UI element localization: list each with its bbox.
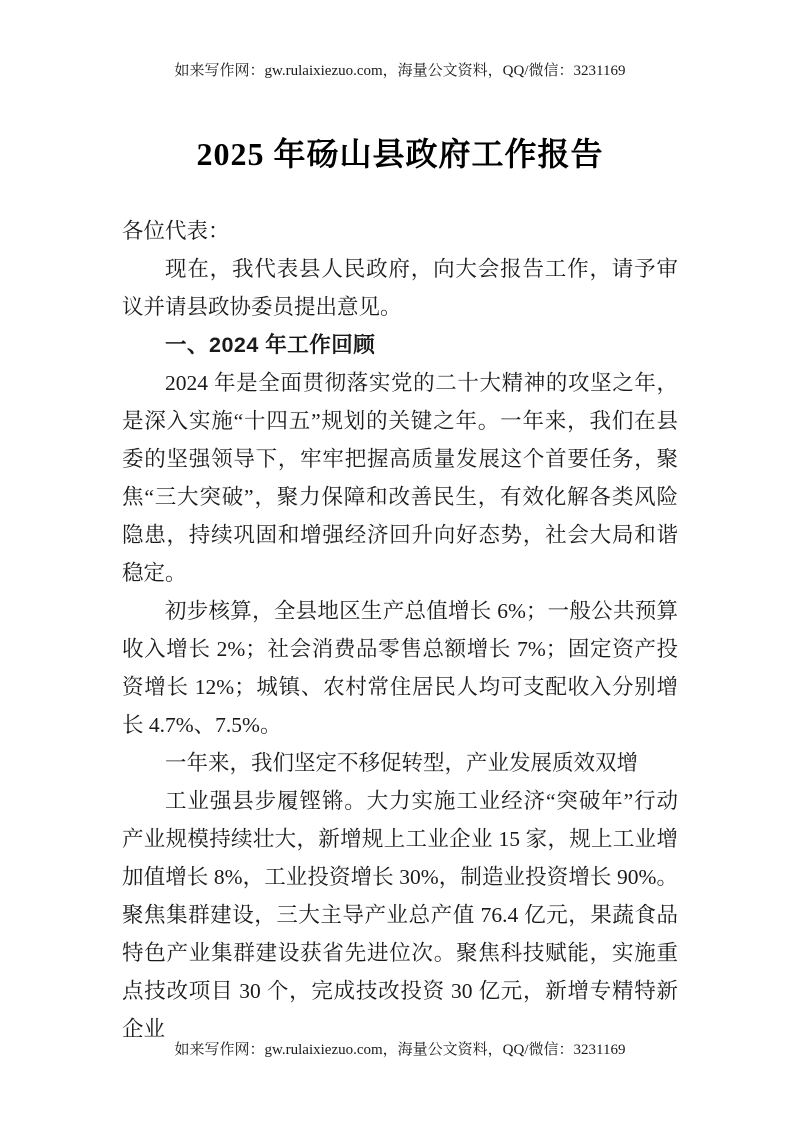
document-body: 各位代表： 现在，我代表县人民政府，向大会报告工作，请予审议并请县政协委员提出意… <box>122 212 678 1048</box>
watermark-header-text: 如来写作网：gw.rulaixiezuo.com，海量公文资料，QQ/微信：32… <box>175 63 626 79</box>
watermark-footer: 如来写作网：gw.rulaixiezuo.com，海量公文资料，QQ/微信：32… <box>0 1041 800 1059</box>
section-lead-transformation: 一年来，我们坚定不移促转型，产业发展质效双增 <box>122 744 678 782</box>
document-page: 如来写作网：gw.rulaixiezuo.com，海量公文资料，QQ/微信：32… <box>0 0 800 1131</box>
document-title: 2025 年砀山县政府工作报告 <box>0 131 800 177</box>
paragraph-intro: 现在，我代表县人民政府，向大会报告工作，请予审议并请县政协委员提出意见。 <box>122 250 678 326</box>
paragraph-statistics: 初步核算，全县地区生产总值增长 6%；一般公共预算收入增长 2%；社会消费品零售… <box>122 592 678 744</box>
watermark-header: 如来写作网：gw.rulaixiezuo.com，海量公文资料，QQ/微信：32… <box>0 62 800 80</box>
section-heading-2024-review: 一、2024 年工作回顾 <box>122 326 678 364</box>
paragraph-industry: 工业强县步履铿锵。大力实施工业经济“突破年”行动产业规模持续壮大，新增规上工业企… <box>122 782 678 1048</box>
salutation: 各位代表： <box>122 212 678 250</box>
paragraph-overview: 2024 年是全面贯彻落实党的二十大精神的攻坚之年，是深入实施“十四五”规划的关… <box>122 364 678 592</box>
watermark-footer-text: 如来写作网：gw.rulaixiezuo.com，海量公文资料，QQ/微信：32… <box>175 1042 626 1058</box>
